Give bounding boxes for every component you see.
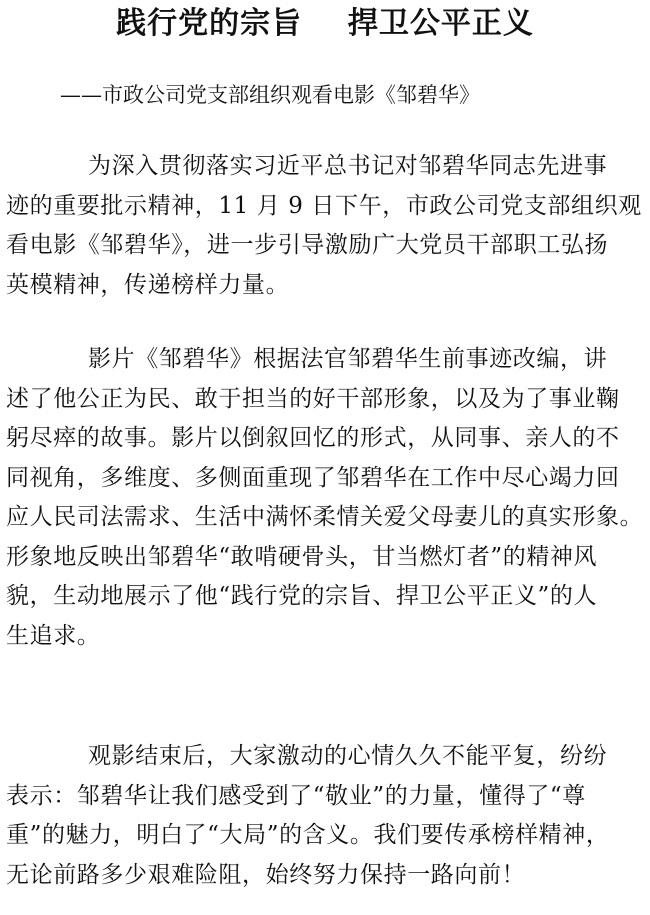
paragraph-line: 为深入贯彻落实习近平总书记对邹碧华同志先进事 xyxy=(6,147,646,187)
paragraph-film-summary: 影片《邹碧华》根据法官邹碧华生前事迹改编，讲 述了他公正为民、敢于担当的好干部形… xyxy=(6,340,646,656)
paragraph-line: 无论前路多少艰难险阻，始终努力保持一路向前！ xyxy=(6,856,646,896)
paragraph-line: 生追求。 xyxy=(6,617,646,657)
paragraph-line: 重”的魅力，明白了“大局”的含义。我们要传承榜样精神， xyxy=(6,816,646,856)
paragraph-line: 述了他公正为民、敢于担当的好干部形象，以及为了事业鞠 xyxy=(6,380,646,420)
paragraph-line: 同视角，多维度、多侧面重现了邹碧华在工作中尽心竭力回 xyxy=(6,459,646,499)
paragraph-line: 迹的重要批示精神，11 月 9 日下午，市政公司党支部组织观 xyxy=(6,187,646,227)
document-subtitle: ——市政公司党支部组织观看电影《邹碧华》 xyxy=(60,80,480,110)
paragraph-line: 形象地反映出邹碧华“敢啃硬骨头，甘当燃灯者”的精神风 xyxy=(6,538,646,578)
paragraph-reflection: 观影结束后，大家激动的心情久久不能平复，纷纷 表示：邹碧华让我们感受到了“敬业”… xyxy=(6,737,646,895)
paragraph-line: 貌，生动地展示了他“践行党的宗旨、捍卫公平正义”的人 xyxy=(6,577,646,617)
paragraph-line: 表示：邹碧华让我们感受到了“敬业”的力量，懂得了“尊 xyxy=(6,777,646,817)
document-title: 践行党的宗旨 捍卫公平正义 xyxy=(0,4,650,44)
paragraph-line: 影片《邹碧华》根据法官邹碧华生前事迹改编，讲 xyxy=(6,340,646,380)
paragraph-intro: 为深入贯彻落实习近平总书记对邹碧华同志先进事 迹的重要批示精神，11 月 9 日… xyxy=(6,147,646,305)
paragraph-line: 观影结束后，大家激动的心情久久不能平复，纷纷 xyxy=(6,737,646,777)
paragraph-line: 英模精神，传递榜样力量。 xyxy=(6,266,646,306)
paragraph-line: 应人民司法需求、生活中满怀柔情关爱父母妻儿的真实形象。 xyxy=(6,498,646,538)
paragraph-line: 看电影《邹碧华》，进一步引导激励广大党员干部职工弘扬 xyxy=(6,226,646,266)
paragraph-line: 躬尽瘁的故事。影片以倒叙回忆的形式，从同事、亲人的不 xyxy=(6,419,646,459)
